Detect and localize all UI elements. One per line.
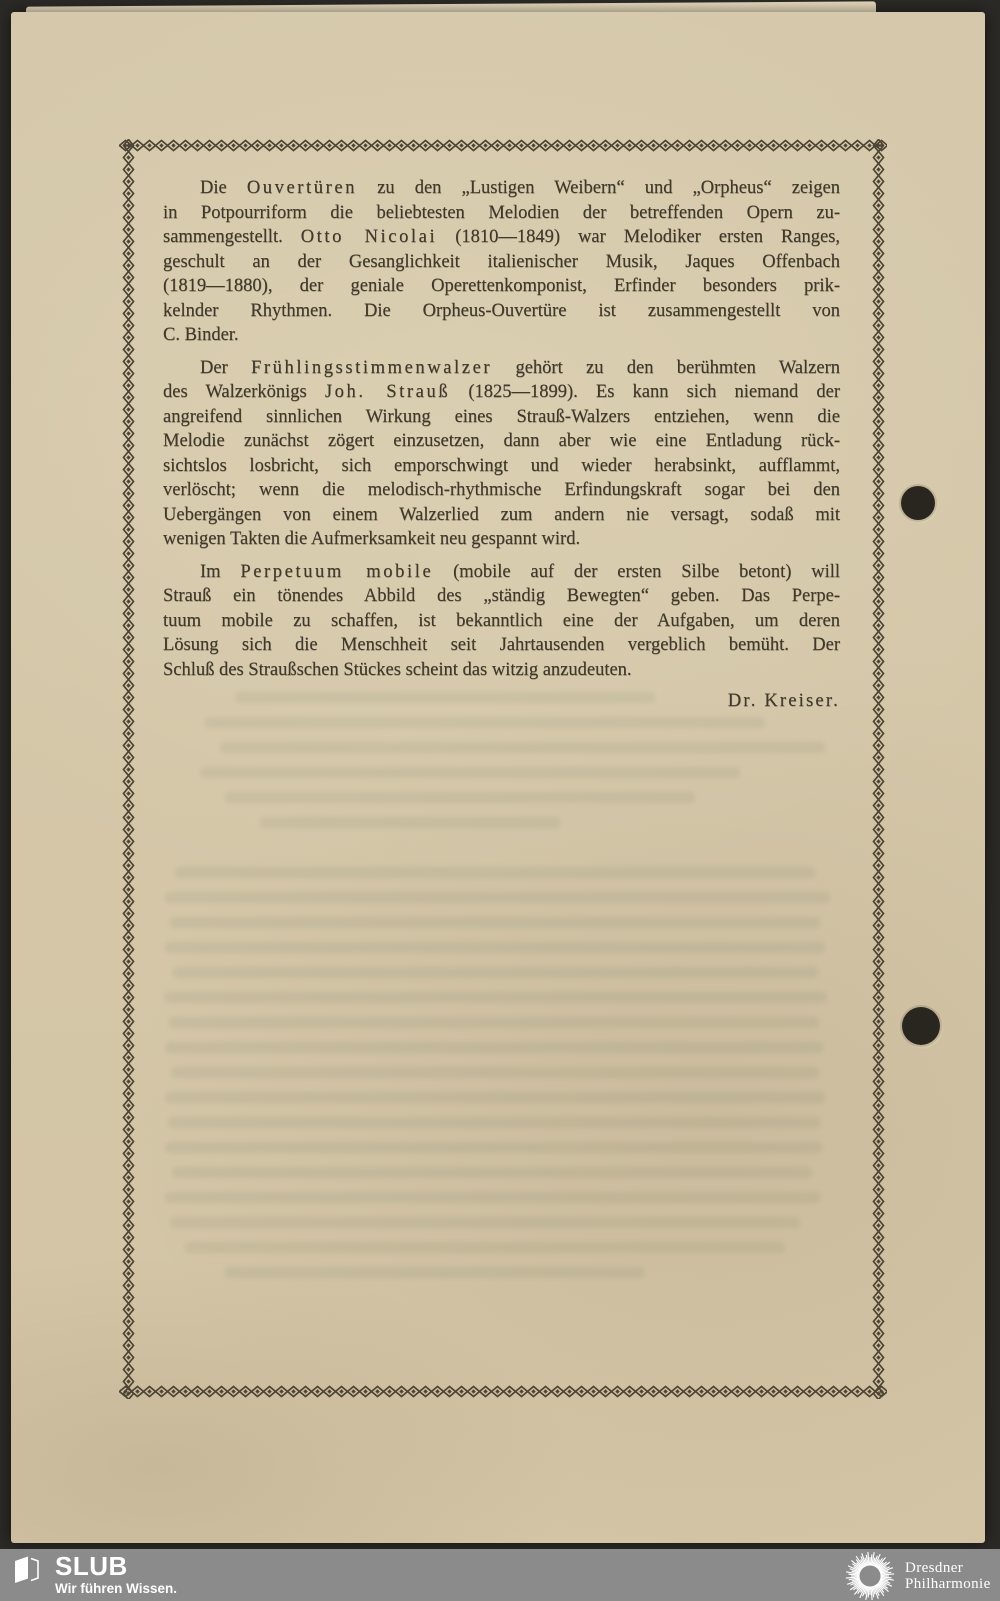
paragraph: Die Ouvertüren zu den „Lustigen Weibern“… [163, 176, 840, 348]
text-segment: verlöscht; wenn die melodisch-rhythmisch… [163, 480, 840, 500]
text-segment: zu den „Lustigen Weibern“ und „Orpheus“ … [357, 178, 840, 198]
text-line: tuum mobile zu schaffen, ist bekanntlich… [163, 609, 840, 634]
emphasized-text: Frühlingsstimmenwalzer [251, 358, 492, 378]
text-line: Strauß ein tönendes Abbild des „ständig … [163, 584, 840, 609]
slub-wordmark: SLUB [55, 1553, 177, 1579]
text-line: kelnder Rhythmen. Die Orpheus-Ouvertüre … [163, 299, 840, 324]
text-line: Lösung sich die Menschheit seit Jahrtaus… [163, 633, 840, 658]
text-segment: kelnder Rhythmen. Die Orpheus-Ouvertüre … [163, 301, 840, 321]
text-line: sichtslos losbricht, sich emporschwingt … [163, 454, 840, 479]
text-line: verlöscht; wenn die melodisch-rhythmisch… [163, 478, 840, 503]
emphasized-text: Joh. Strauß [325, 382, 450, 402]
partner-name-line1: Dresdner [905, 1560, 991, 1576]
text-segment: angreifend sinnlichen Wirkung eines Stra… [163, 407, 840, 427]
text-line: Melodie zunächst zögert einzusetzen, dan… [163, 429, 840, 454]
slub-tagline: Wir führen Wissen. [55, 1582, 177, 1596]
text-segment: tuum mobile zu schaffen, ist bekanntlich… [163, 611, 840, 631]
text-segment: Schluß des Straußschen Stückes scheint d… [163, 660, 632, 680]
punch-hole-bottom [902, 1007, 940, 1045]
viewer-footer: SLUB Wir führen Wissen. Dresdner Philhar… [0, 1549, 1000, 1601]
text-line: Im Perpetuum mobile (mobile auf der erst… [163, 560, 840, 585]
text-line: (1819—1880), der geniale Operettenkompon… [163, 274, 840, 299]
slub-book-icon [13, 1555, 40, 1583]
emphasized-text: Otto Nicolai [301, 227, 438, 247]
partner-name-line2: Philharmonie [905, 1576, 991, 1592]
text-line: angreifend sinnlichen Wirkung eines Stra… [163, 405, 840, 430]
emphasized-text: Ouvertüren [247, 178, 357, 198]
text-segment: gehört zu den berühmten Walzern [492, 358, 840, 378]
text-segment: sichtslos losbricht, sich emporschwingt … [163, 456, 840, 476]
text-segment: Die [200, 178, 247, 198]
slub-logo-link[interactable]: SLUB Wir führen Wissen. [13, 1553, 177, 1596]
text-line: Uebergängen von einem Walzerlied zum and… [163, 503, 840, 528]
paragraph: Im Perpetuum mobile (mobile auf der erst… [163, 560, 840, 683]
page-text-block: Die Ouvertüren zu den „Lustigen Weibern“… [163, 176, 840, 714]
text-segment: des Walzerkönigs [163, 382, 325, 402]
text-segment: in Potpourriform die beliebtesten Melodi… [163, 203, 840, 223]
dresdner-philharmonie-logo-link[interactable]: Dresdner Philharmonie [844, 1550, 991, 1601]
text-segment: (1810—1849) war Melodiker ersten Ranges, [437, 227, 840, 247]
text-segment: Strauß ein tönendes Abbild des „ständig … [163, 586, 840, 606]
philharmonie-starburst-icon [844, 1550, 896, 1601]
text-segment: (1825—1899). Es kann sich niemand der [450, 382, 840, 402]
text-line: Die Ouvertüren zu den „Lustigen Weibern“… [163, 176, 840, 201]
text-segment: sammengestellt. [163, 227, 301, 247]
text-line: C. Binder. [163, 323, 840, 348]
emphasized-text: Perpetuum mobile [240, 562, 433, 582]
author-signature: Dr. Kreiser. [163, 689, 840, 714]
paragraph: Der Frühlingsstimmenwalzer gehört zu den… [163, 356, 840, 552]
text-line: geschult an der Gesanglichkeit italienis… [163, 250, 840, 275]
punch-hole-top [901, 486, 935, 520]
text-line: in Potpourriform die beliebtesten Melodi… [163, 201, 840, 226]
text-line: des Walzerkönigs Joh. Strauß (1825—1899)… [163, 380, 840, 405]
text-line: wenigen Takten die Aufmerksamkeit neu ge… [163, 527, 840, 552]
text-segment: (1819—1880), der geniale Operettenkompon… [163, 276, 840, 296]
text-segment: Der [200, 358, 251, 378]
text-segment: Im [200, 562, 240, 582]
text-segment: C. Binder. [163, 325, 239, 345]
text-segment: wenigen Takten die Aufmerksamkeit neu ge… [163, 529, 580, 549]
text-segment: (mobile auf der ersten Silbe betont) wil… [433, 562, 840, 582]
text-line: sammengestellt. Otto Nicolai (1810—1849)… [163, 225, 840, 250]
text-line: Der Frühlingsstimmenwalzer gehört zu den… [163, 356, 840, 381]
viewer-background: { "colors":{ "viewer_background":"#2b2a2… [0, 0, 1000, 1601]
text-segment: geschult an der Gesanglichkeit italienis… [163, 252, 840, 272]
text-line: Schluß des Straußschen Stückes scheint d… [163, 658, 840, 683]
text-segment: Melodie zunächst zögert einzusetzen, dan… [163, 431, 840, 451]
text-segment: Lösung sich die Menschheit seit Jahrtaus… [163, 635, 840, 655]
text-segment: Uebergängen von einem Walzerlied zum and… [163, 505, 840, 525]
